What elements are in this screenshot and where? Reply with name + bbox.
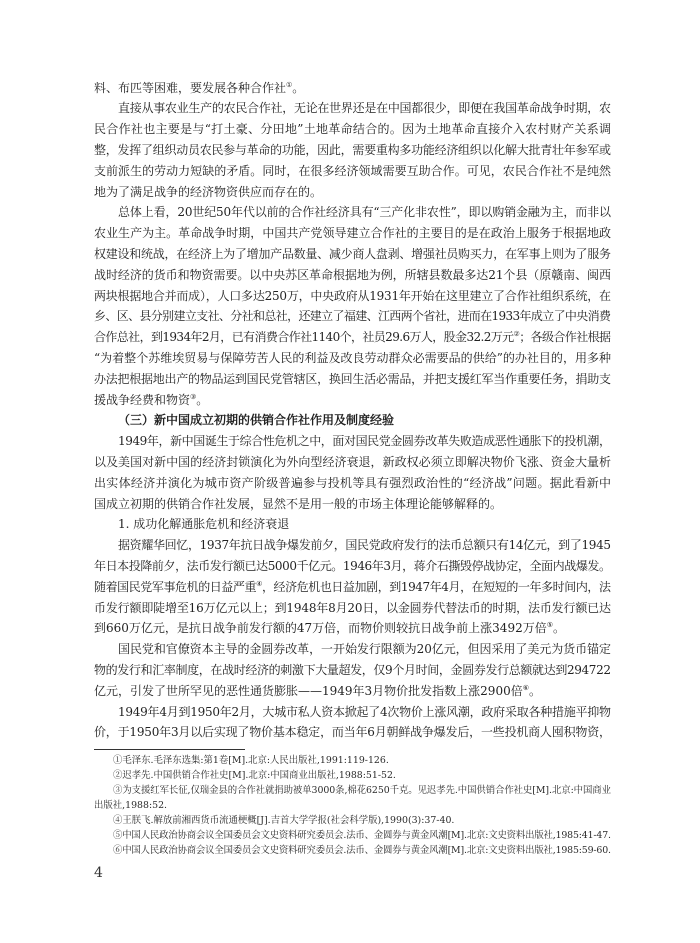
text-line: 亿元，引发了世所罕见的恶性通货膨胀——1949年3月物价批发指数上涨2900倍⑥… <box>94 681 611 702</box>
text-run: 据资耀华回忆，1937年抗日战争爆发前夕，国民党政府发行的法币总额只有14亿元，… <box>118 538 611 552</box>
text-line: ③为支援红军长征,仅瑞金县的合作社就捐助被单3000条,棉花6250千克。见迟孝… <box>94 783 611 798</box>
text-line: 1. 成功化解通胀危机和经济衰退 <box>94 514 611 535</box>
footnotes: ①毛泽东.毛泽东选集:第1卷[M].北京:人民出版社,1991:119-126.… <box>94 753 611 858</box>
paragraph: 国民党和官僚资本主导的金圆券改革，一开始发行限额为20亿元，但因采用了美元为货币… <box>94 639 611 701</box>
text-run: 料、布匹等困难，要发展各种合作社 <box>94 81 286 95</box>
paragraph: 料、布匹等困难，要发展各种合作社①。 <box>94 78 611 99</box>
line-content: 支前派生的劳动力短缺的矛盾。同时，在很多经济领域需要互助合作。可见，农民合作社不… <box>94 164 611 178</box>
footnote-ref: ⑥ <box>523 684 529 692</box>
line-content: 以及美国对新中国的经济封锁演化为外向型经济衰退，新政权必须立即解决物价飞涨、资金… <box>94 455 611 469</box>
footnote-separator <box>94 749 245 750</box>
text-line: 料、布匹等困难，要发展各种合作社①。 <box>94 78 611 99</box>
line-content: 1949年，新中国诞生于综合性危机之中，面对国民党金圆券改革失败造成恶性通胀下的… <box>118 434 611 448</box>
text-run: “为着整个苏维埃贸易与保障劳苦人民的利益及改良劳动群众必需要品的供给”的办社目的… <box>94 351 611 365</box>
line-content: “为着整个苏维埃贸易与保障劳苦人民的利益及改良劳动群众必需要品的供给”的办社目的… <box>94 351 611 365</box>
line-content: ③为支援红军长征,仅瑞金县的合作社就捐助被单3000条,棉花6250千克。见迟孝… <box>113 785 611 796</box>
paragraph: 1949年4月到1950年2月，大城市私人资本掀起了4次物价上涨风潮，政府采取各… <box>94 702 611 744</box>
text-run: 合作总社，到1934年2月，已有消费合作社1140个，社员29.6万人，股金32… <box>94 330 514 344</box>
text-run: 直接从事农业生产的农民合作社，无论在世界还是在中国都很少，即便在我国革命战争时期… <box>118 101 611 115</box>
line-content: 年日本投降前夕，法币发行额已达5000千亿元。1946年3月，蒋介石撕毁停战协定… <box>94 559 611 573</box>
line-content: 农业生产为主。革命战争时期，中国共产党领导建立合作社的主要目的是在政治上服务于根… <box>94 226 611 240</box>
text-run: 两块根据地合并而成），人口多达250万，中央政府从1931年开始在这里建立了合作… <box>94 289 611 303</box>
footnote-ref: ① <box>286 81 292 89</box>
text-run: ④王朕飞.解放前湘西货币流通梗概[J].吉首大学学报(社会科学版),1990(3… <box>113 815 454 826</box>
document-page: 料、布匹等困难，要发展各种合作社①。直接从事农业生产的农民合作社，无论在世界还是… <box>0 0 700 943</box>
text-run: 币发行额即陡增至16万亿元以上；到1948年8月20日，以金圆券代替法币的时期，… <box>94 601 611 615</box>
text-run: 出版社,1988:52. <box>94 800 167 811</box>
text-run: 1949年，新中国诞生于综合性危机之中，面对国民党金圆券改革失败造成恶性通胀下的… <box>118 434 611 448</box>
footnote-ref: ⑤ <box>547 621 553 629</box>
text-line: 总体上看，20世纪50年代以前的合作社经济具有“三产化非农性”，即以购销金融为主… <box>94 202 611 223</box>
footnote: ④王朕飞.解放前湘西货币流通梗概[J].吉首大学学报(社会科学版),1990(3… <box>94 813 611 828</box>
line-content: 亿元，引发了世所罕见的恶性通货膨胀——1949年3月物价批发指数上涨2900倍⑥… <box>94 684 541 698</box>
text-run: 。 <box>553 621 565 635</box>
text-run: 支前派生的劳动力短缺的矛盾。同时，在很多经济领域需要互助合作。可见，农民合作社不… <box>94 164 611 178</box>
text-line: 出版社,1988:52. <box>94 798 611 813</box>
line-content: 乡、区、县分别建立支社、分社和总社，还建立了福建、江西两个省社，进而在1933年… <box>94 309 610 323</box>
footnote-ref: ② <box>514 330 520 338</box>
line-content: 战时经济的货币和物资需要。以中央苏区革命根据地为例，所辖县数最多达21个县（原赣… <box>94 268 611 282</box>
line-content: 据资耀华回忆，1937年抗日战争爆发前夕，国民党政府发行的法币总额只有14亿元，… <box>118 538 611 552</box>
line-content: 整，发挥了组织动员农民参与革命的功能，因此，需要重构多功能经济组织以化解大批青壮… <box>94 143 611 157</box>
text-line: 地为了满足战争的经济物资供应而存在的。 <box>94 182 611 203</box>
text-run: 价，于1950年3月以后实现了物价基本稳定，而当年6月朝鲜战争爆发后，一些投机商… <box>94 725 611 739</box>
text-line: 直接从事农业生产的农民合作社，无论在世界还是在中国都很少，即便在我国革命战争时期… <box>94 98 611 119</box>
text-run: 权建设和统战，在经济上为了增加产品数量、减少商人盘剥、增强社员购买力，在军事上则… <box>94 247 611 261</box>
footnote: ⑤中国人民政治协商会议全国委员会文史资料研究委员会.法币、金圆券与黄金风潮[M]… <box>94 828 611 843</box>
line-content: ⑥中国人民政治协商会议全国委员会文史资料研究委员会.法币、金圆券与黄金风潮[M]… <box>113 845 611 856</box>
text-line: 两块根据地合并而成），人口多达250万，中央政府从1931年开始在这里建立了合作… <box>94 286 611 307</box>
text-line: 随着国民党军事危机的日益严重④，经济危机也日益加剧，到1947年4月，在短短的一… <box>94 577 611 598</box>
paragraph: 直接从事农业生产的农民合作社，无论在世界还是在中国都很少，即便在我国革命战争时期… <box>94 98 611 202</box>
text-line: 1949年，新中国诞生于综合性危机之中，面对国民党金圆券改革失败造成恶性通胀下的… <box>94 431 611 452</box>
text-line: 年日本投降前夕，法币发行额已达5000千亿元。1946年3月，蒋介石撕毁停战协定… <box>94 556 611 577</box>
text-run: 亿元，引发了世所罕见的恶性通货膨胀——1949年3月物价批发指数上涨2900倍 <box>94 684 523 698</box>
footnote: ②迟孝先.中国供销合作社史[M].北京:中国商业出版社,1988:51-52. <box>94 768 611 783</box>
text-run: 1. 成功化解通胀危机和经济衰退 <box>118 517 289 531</box>
text-line: 援战争经费和物资③。 <box>94 390 611 411</box>
line-content: ⑤中国人民政治协商会议全国委员会文史资料研究委员会.法币、金圆券与黄金风潮[M]… <box>113 830 611 841</box>
text-run: 战时经济的货币和物资需要。以中央苏区革命根据地为例，所辖县数最多达21个县（原赣… <box>94 268 611 282</box>
text-run: ⑥中国人民政治协商会议全国委员会文史资料研究委员会.法币、金圆券与黄金风潮[M]… <box>113 845 611 856</box>
text-run: ，经济危机也日益加剧，到1947年4月，在短短的一年多时间内，法 <box>262 580 611 594</box>
text-run: 国民党和官僚资本主导的金圆券改革，一开始发行限额为20亿元，但因采用了美元为货币… <box>118 642 611 656</box>
text-line: 物的发行和汇率制度，在战时经济的刺激下大量超发，仅9个月时间，金圆券发行总额就达… <box>94 660 611 681</box>
text-run: ；各级合作社根据 <box>519 330 610 344</box>
text-line: ⑥中国人民政治协商会议全国委员会文史资料研究委员会.法币、金圆券与黄金风潮[M]… <box>94 843 611 858</box>
line-content: 出实体经济并演化为城市资产阶级普遍参与投机等具有强烈政治性的“经济战”问题。据此… <box>94 476 611 490</box>
line-content: 国民党和官僚资本主导的金圆券改革，一开始发行限额为20亿元，但因采用了美元为货币… <box>118 642 611 656</box>
text-line: ①毛泽东.毛泽东选集:第1卷[M].北京:人民出版社,1991:119-126. <box>94 753 611 768</box>
text-line: 农业生产为主。革命战争时期，中国共产党领导建立合作社的主要目的是在政治上服务于根… <box>94 223 611 244</box>
text-run: 年日本投降前夕，法币发行额已达5000千亿元。1946年3月，蒋介石撕毁停战协定… <box>94 559 611 573</box>
line-content: 物的发行和汇率制度，在战时经济的刺激下大量超发，仅9个月时间，金圆券发行总额就达… <box>94 663 611 677</box>
text-run: ⑤中国人民政治协商会议全国委员会文史资料研究委员会.法币、金圆券与黄金风潮[M]… <box>113 830 611 841</box>
text-line: ④王朕飞.解放前湘西货币流通梗概[J].吉首大学学报(社会科学版),1990(3… <box>94 813 611 828</box>
line-content: 价，于1950年3月以后实现了物价基本稳定，而当年6月朝鲜战争爆发后，一些投机商… <box>94 725 611 739</box>
footnote: ⑥中国人民政治协商会议全国委员会文史资料研究委员会.法币、金圆券与黄金风潮[M]… <box>94 843 611 858</box>
text-run: 。 <box>529 684 541 698</box>
heading: （三）新中国成立初期的供销合作社作用及制度经验 <box>94 410 611 431</box>
footnote: ③为支援红军长征,仅瑞金县的合作社就捐助被单3000条,棉花6250千克。见迟孝… <box>94 783 611 813</box>
line-content: 到660万亿元，是抗日战争前发行额的47万倍，而物价则较抗日战争前上涨3492万… <box>94 621 565 635</box>
text-line: 币发行额即陡增至16万亿元以上；到1948年8月20日，以金圆券代替法币的时期，… <box>94 598 611 619</box>
text-line: 出实体经济并演化为城市资产阶级普遍参与投机等具有强烈政治性的“经济战”问题。据此… <box>94 473 611 494</box>
line-content: 合作总社，到1934年2月，已有消费合作社1140个，社员29.6万人，股金32… <box>94 330 610 344</box>
line-content: 地为了满足战争的经济物资供应而存在的。 <box>94 185 322 199</box>
text-run: 1949年4月到1950年2月，大城市私人资本掀起了4次物价上涨风潮，政府采取各… <box>118 705 611 719</box>
footnote-ref: ③ <box>190 393 196 401</box>
footnote-ref: ④ <box>256 580 262 588</box>
text-line: 价，于1950年3月以后实现了物价基本稳定，而当年6月朝鲜战争爆发后，一些投机商… <box>94 722 611 743</box>
text-line: 乡、区、县分别建立支社、分社和总社，还建立了福建、江西两个省社，进而在1933年… <box>94 306 611 327</box>
text-line: “为着整个苏维埃贸易与保障劳苦人民的利益及改良劳动群众必需要品的供给”的办社目的… <box>94 348 611 369</box>
text-run: 总体上看，20世纪50年代以前的合作社经济具有“三产化非农性”，即以购销金融为主… <box>118 205 611 219</box>
line-content: 直接从事农业生产的农民合作社，无论在世界还是在中国都很少，即便在我国革命战争时期… <box>118 101 611 115</box>
text-line: ②迟孝先.中国供销合作社史[M].北京:中国商业出版社,1988:51-52. <box>94 768 611 783</box>
line-content: 权建设和统战，在经济上为了增加产品数量、减少商人盘剥、增强社员购买力，在军事上则… <box>94 247 611 261</box>
text-run: 乡、区、县分别建立支社、分社和总社，还建立了福建、江西两个省社，进而在1933年… <box>94 309 610 323</box>
text-line: 合作总社，到1934年2月，已有消费合作社1140个，社员29.6万人，股金32… <box>94 327 611 348</box>
text-line: 民合作社也主要是与“打土豪、分田地”土地革命结合的。因为土地革命直接介入农村财产… <box>94 119 611 140</box>
text-run: 出实体经济并演化为城市资产阶级普遍参与投机等具有强烈政治性的“经济战”问题。据此… <box>94 476 611 490</box>
text-run: 以及美国对新中国的经济封锁演化为外向型经济衰退，新政权必须立即解决物价飞涨、资金… <box>94 455 611 469</box>
text-line: 1949年4月到1950年2月，大城市私人资本掀起了4次物价上涨风潮，政府采取各… <box>94 702 611 723</box>
line-content: 总体上看，20世纪50年代以前的合作社经济具有“三产化非农性”，即以购销金融为主… <box>118 205 611 219</box>
text-run: 办法把根据地出产的物品运到国民党管辖区，换回生活必需品，并把支援红军当作重要任务… <box>94 372 611 386</box>
line-content: 民合作社也主要是与“打土豪、分田地”土地革命结合的。因为土地革命直接介入农村财产… <box>94 122 611 136</box>
line-content: 随着国民党军事危机的日益严重④，经济危机也日益加剧，到1947年4月，在短短的一… <box>94 580 611 594</box>
text-run: 。 <box>196 393 208 407</box>
text-line: 到660万亿元，是抗日战争前发行额的47万倍，而物价则较抗日战争前上涨3492万… <box>94 618 611 639</box>
text-line: 国民党和官僚资本主导的金圆券改革，一开始发行限额为20亿元，但因采用了美元为货币… <box>94 639 611 660</box>
text-run: 物的发行和汇率制度，在战时经济的刺激下大量超发，仅9个月时间，金圆券发行总额就达… <box>94 663 611 677</box>
text-line: 据资耀华回忆，1937年抗日战争爆发前夕，国民党政府发行的法币总额只有14亿元，… <box>94 535 611 556</box>
text-run: 民合作社也主要是与“打土豪、分田地”土地革命结合的。因为土地革命直接介入农村财产… <box>94 122 611 136</box>
text-line: 权建设和统战，在经济上为了增加产品数量、减少商人盘剥、增强社员购买力，在军事上则… <box>94 244 611 265</box>
subheading: 1. 成功化解通胀危机和经济衰退 <box>94 514 611 535</box>
line-content: ①毛泽东.毛泽东选集:第1卷[M].北京:人民出版社,1991:119-126. <box>113 755 389 766</box>
text-line: 支前派生的劳动力短缺的矛盾。同时，在很多经济领域需要互助合作。可见，农民合作社不… <box>94 161 611 182</box>
text-line: 战时经济的货币和物资需要。以中央苏区革命根据地为例，所辖县数最多达21个县（原赣… <box>94 265 611 286</box>
text-line: 办法把根据地出产的物品运到国民党管辖区，换回生活必需品，并把支援红军当作重要任务… <box>94 369 611 390</box>
text-run: 到660万亿元，是抗日战争前发行额的47万倍，而物价则较抗日战争前上涨3492万… <box>94 621 547 635</box>
paragraph: 1949年，新中国诞生于综合性危机之中，面对国民党金圆券改革失败造成恶性通胀下的… <box>94 431 611 514</box>
line-content: 出版社,1988:52. <box>94 800 167 811</box>
text-run: 整，发挥了组织动员农民参与革命的功能，因此，需要重构多功能经济组织以化解大批青壮… <box>94 143 611 157</box>
text-run: ①毛泽东.毛泽东选集:第1卷[M].北京:人民出版社,1991:119-126. <box>113 755 389 766</box>
text-line: ⑤中国人民政治协商会议全国委员会文史资料研究委员会.法币、金圆券与黄金风潮[M]… <box>94 828 611 843</box>
text-run: 国成立初期的供销合作社发展，显然不是用一般的市场主体理论能够解释的。 <box>94 497 502 511</box>
line-content: 办法把根据地出产的物品运到国民党管辖区，换回生活必需品，并把支援红军当作重要任务… <box>94 372 611 386</box>
text-line: （三）新中国成立初期的供销合作社作用及制度经验 <box>94 410 611 431</box>
text-line: 以及美国对新中国的经济封锁演化为外向型经济衰退，新政权必须立即解决物价飞涨、资金… <box>94 452 611 473</box>
text-run: 援战争经费和物资 <box>94 393 190 407</box>
line-content: ②迟孝先.中国供销合作社史[M].北京:中国商业出版社,1988:51-52. <box>113 770 396 781</box>
body-text: 料、布匹等困难，要发展各种合作社①。直接从事农业生产的农民合作社，无论在世界还是… <box>94 78 611 744</box>
paragraph: 据资耀华回忆，1937年抗日战争爆发前夕，国民党政府发行的法币总额只有14亿元，… <box>94 535 611 639</box>
paragraph: 总体上看，20世纪50年代以前的合作社经济具有“三产化非农性”，即以购销金融为主… <box>94 202 611 410</box>
line-content: 料、布匹等困难，要发展各种合作社①。 <box>94 81 304 95</box>
text-run: 。 <box>292 81 304 95</box>
text-run: ②迟孝先.中国供销合作社史[M].北京:中国商业出版社,1988:51-52. <box>113 770 396 781</box>
page-number: 4 <box>94 865 103 881</box>
text-run: （三）新中国成立初期的供销合作社作用及制度经验 <box>118 413 394 427</box>
line-content: ④王朕飞.解放前湘西货币流通梗概[J].吉首大学学报(社会科学版),1990(3… <box>113 815 454 826</box>
line-content: （三）新中国成立初期的供销合作社作用及制度经验 <box>118 413 394 427</box>
line-content: 国成立初期的供销合作社发展，显然不是用一般的市场主体理论能够解释的。 <box>94 497 502 511</box>
line-content: 两块根据地合并而成），人口多达250万，中央政府从1931年开始在这里建立了合作… <box>94 289 611 303</box>
text-run: 农业生产为主。革命战争时期，中国共产党领导建立合作社的主要目的是在政治上服务于根… <box>94 226 611 240</box>
line-content: 援战争经费和物资③。 <box>94 393 208 407</box>
text-run: 地为了满足战争的经济物资供应而存在的。 <box>94 185 322 199</box>
text-run: 随着国民党军事危机的日益严重 <box>94 580 256 594</box>
text-line: 整，发挥了组织动员农民参与革命的功能，因此，需要重构多功能经济组织以化解大批青壮… <box>94 140 611 161</box>
line-content: 1. 成功化解通胀危机和经济衰退 <box>118 517 289 531</box>
text-line: 国成立初期的供销合作社发展，显然不是用一般的市场主体理论能够解释的。 <box>94 494 611 515</box>
footnote: ①毛泽东.毛泽东选集:第1卷[M].北京:人民出版社,1991:119-126. <box>94 753 611 768</box>
line-content: 1949年4月到1950年2月，大城市私人资本掀起了4次物价上涨风潮，政府采取各… <box>118 705 611 719</box>
text-run: ③为支援红军长征,仅瑞金县的合作社就捐助被单3000条,棉花6250千克。见迟孝… <box>113 785 611 796</box>
line-content: 币发行额即陡增至16万亿元以上；到1948年8月20日，以金圆券代替法币的时期，… <box>94 601 611 615</box>
